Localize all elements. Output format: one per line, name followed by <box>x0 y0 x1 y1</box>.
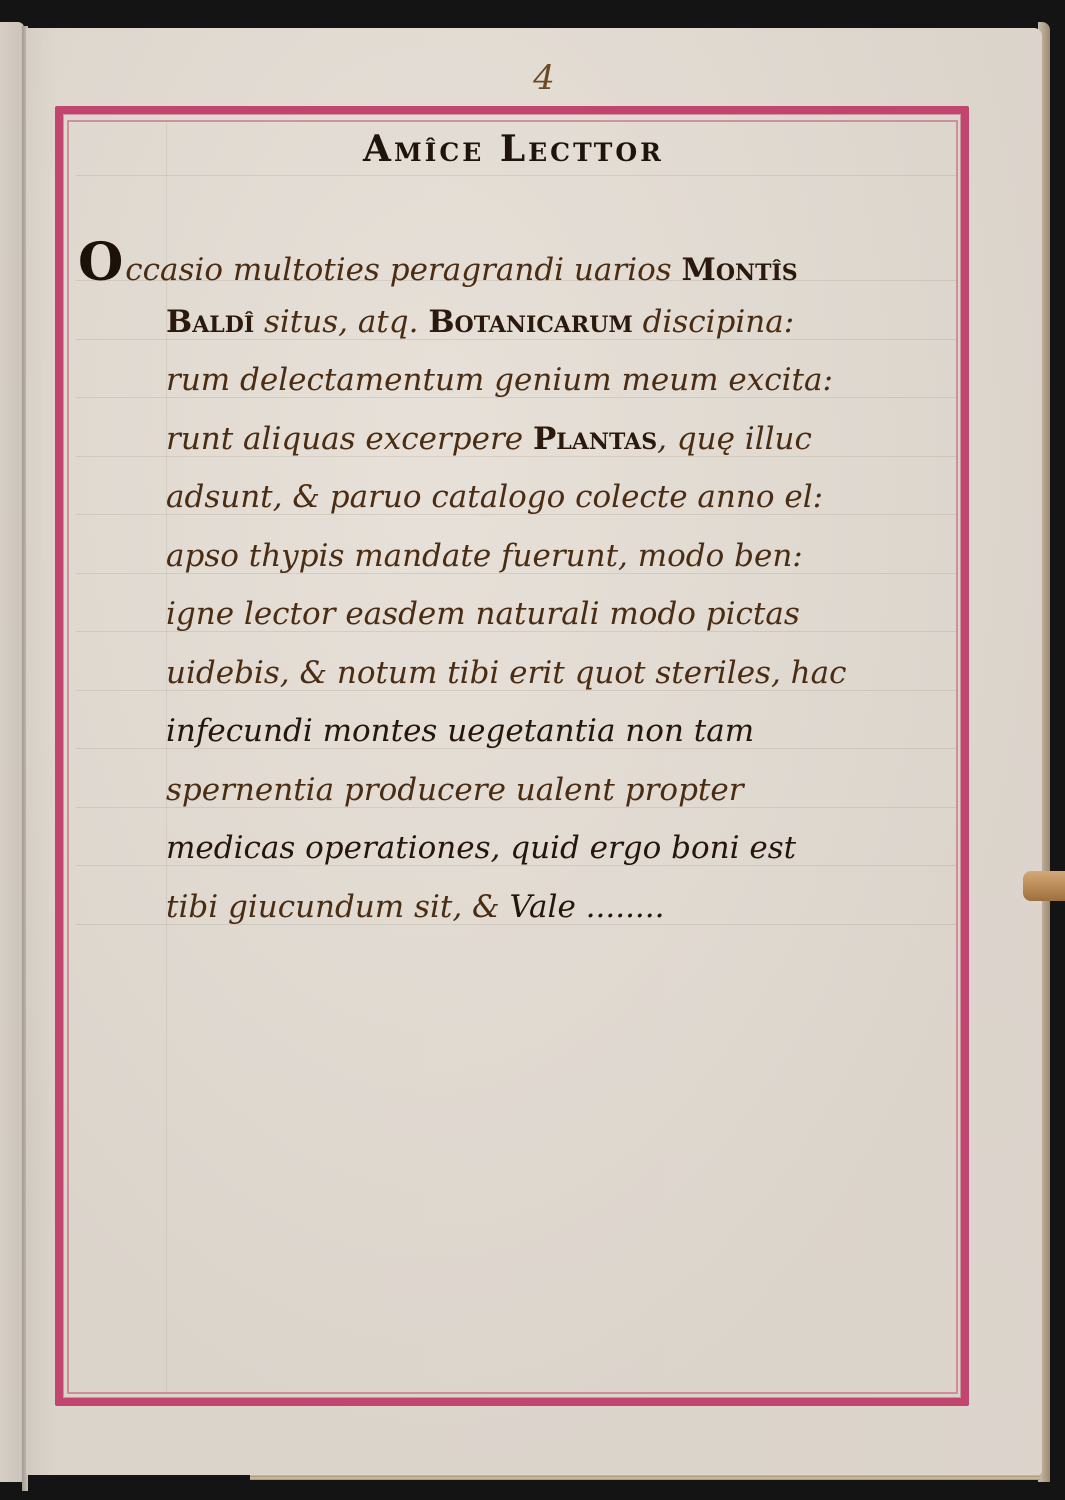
drop-capital: O <box>78 234 123 293</box>
text-line-6: apso thypis mandate fuerunt, modo ben: <box>78 527 958 586</box>
line-text: , quę illuc <box>657 421 812 457</box>
text-line-1: Occasio multoties peragrandi uarios Mont… <box>78 234 958 293</box>
line-text: ........ <box>576 889 665 925</box>
line-text: rum delectamentum genium meum excita: <box>166 362 833 398</box>
line-text: situs, atq. <box>254 304 428 340</box>
text-line-11: medicas operationes, quid ergo boni est <box>78 819 958 878</box>
proper-noun: Plantas <box>533 421 657 457</box>
line-text: infecundi montes uegetantia non tam <box>166 713 754 749</box>
manuscript-photo: 4 Amîce Lecttor Occasio multoties peragr… <box>0 0 1065 1500</box>
line-text: igne lector easdem naturali modo pictas <box>166 596 800 632</box>
line-text: apso thypis mandate fuerunt, modo ben: <box>166 538 803 574</box>
text-line-4: runt aliquas excerpere Plantas, quę illu… <box>78 410 958 469</box>
line-text: tibi giucundum sit, & <box>166 889 510 925</box>
manuscript-page: 4 Amîce Lecttor Occasio multoties peragr… <box>26 28 1042 1475</box>
folio-number: 4 <box>524 58 564 98</box>
manuscript-text: Occasio multoties peragrandi uarios Mont… <box>78 234 958 936</box>
line-text: spernentia producere ualent propter <box>166 772 744 808</box>
proper-noun: Botanicarum <box>428 304 632 340</box>
text-line-12: tibi giucundum sit, & Vale ........ <box>78 878 958 937</box>
line-text: medicas operationes, quid ergo boni est <box>166 830 796 866</box>
line-text: ccasio multoties peragrandi uarios <box>125 252 681 288</box>
facing-page-edge <box>0 22 24 1482</box>
line-text: adsunt, & paruo catalogo colecte anno el… <box>166 479 823 515</box>
page-heading: Amîce Lecttor <box>66 128 961 170</box>
text-line-2: Baldî situs, atq. Botanicarum discipina: <box>78 293 958 352</box>
line-text: runt aliquas excerpere <box>166 421 533 457</box>
proper-noun: Baldî <box>166 304 254 340</box>
wooden-peg <box>1023 871 1065 901</box>
text-line-9: infecundi montes uegetantia non tam <box>78 702 958 761</box>
text-line-7: igne lector easdem naturali modo pictas <box>78 585 958 644</box>
line-text: discipina: <box>633 304 794 340</box>
text-line-3: rum delectamentum genium meum excita: <box>78 351 958 410</box>
ruled-line <box>76 175 956 176</box>
text-line-8: uidebis, & notum tibi erit quot steriles… <box>78 644 958 703</box>
text-line-10: spernentia producere ualent propter <box>78 761 958 820</box>
proper-noun: Montîs <box>682 252 798 288</box>
closing-word: Vale <box>510 889 576 925</box>
line-text: uidebis, & notum tibi erit quot steriles… <box>166 655 847 691</box>
text-line-5: adsunt, & paruo catalogo colecte anno el… <box>78 468 958 527</box>
